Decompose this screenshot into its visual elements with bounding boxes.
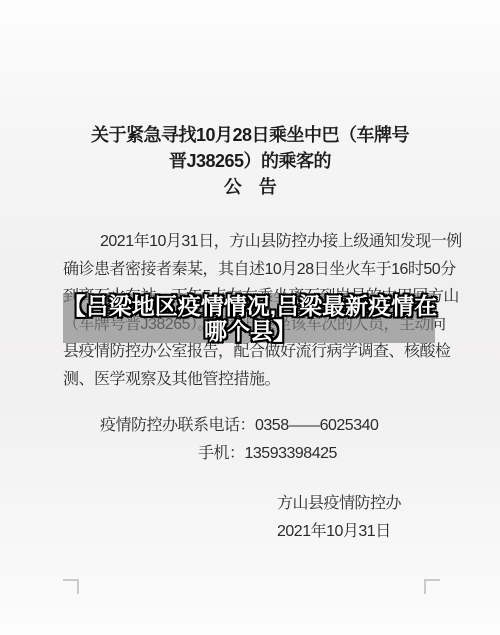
body-line: 确诊患者密接者秦某，其自述10月28日坐火车于16时50分 <box>63 256 443 284</box>
notice-title-line: 关于紧急寻找10月28日乘坐中巴（车牌号 <box>0 122 500 148</box>
body-line: 2021年10月31日，方山县防控办接上级通知发现一例 <box>63 228 443 256</box>
caption-overlay: 【吕梁地区疫情情况,吕梁最新疫情在 哪个县】 <box>0 294 500 344</box>
signature-date: 2021年10月31日 <box>277 518 401 546</box>
notice-title-line: 公 告 <box>0 174 500 200</box>
caption-line: 哪个县】 <box>0 319 500 344</box>
notice-photo: 关于紧急寻找10月28日乘坐中巴（车牌号 晋J38265）的乘客的 公 告 20… <box>0 0 500 635</box>
notice-title: 关于紧急寻找10月28日乘坐中巴（车牌号 晋J38265）的乘客的 公 告 <box>0 122 500 200</box>
signature-org: 方山县疫情防控办 <box>277 490 401 518</box>
page-corner-mark-left <box>63 579 79 594</box>
contact-phone-line: 疫情防控办联系电话：0358——6025340 <box>63 412 443 440</box>
page-corner-mark-right <box>424 579 440 594</box>
contact-block: 疫情防控办联系电话：0358——6025340 手机：13593398425 <box>63 412 443 467</box>
notice-title-line: 晋J38265）的乘客的 <box>0 148 500 174</box>
caption-line: 【吕梁地区疫情情况,吕梁最新疫情在 <box>0 294 500 319</box>
signature-block: 方山县疫情防控办 2021年10月31日 <box>277 490 401 545</box>
body-line: 测、医学观察及其他管控措施。 <box>63 366 443 394</box>
contact-mobile-line: 手机：13593398425 <box>63 440 443 468</box>
